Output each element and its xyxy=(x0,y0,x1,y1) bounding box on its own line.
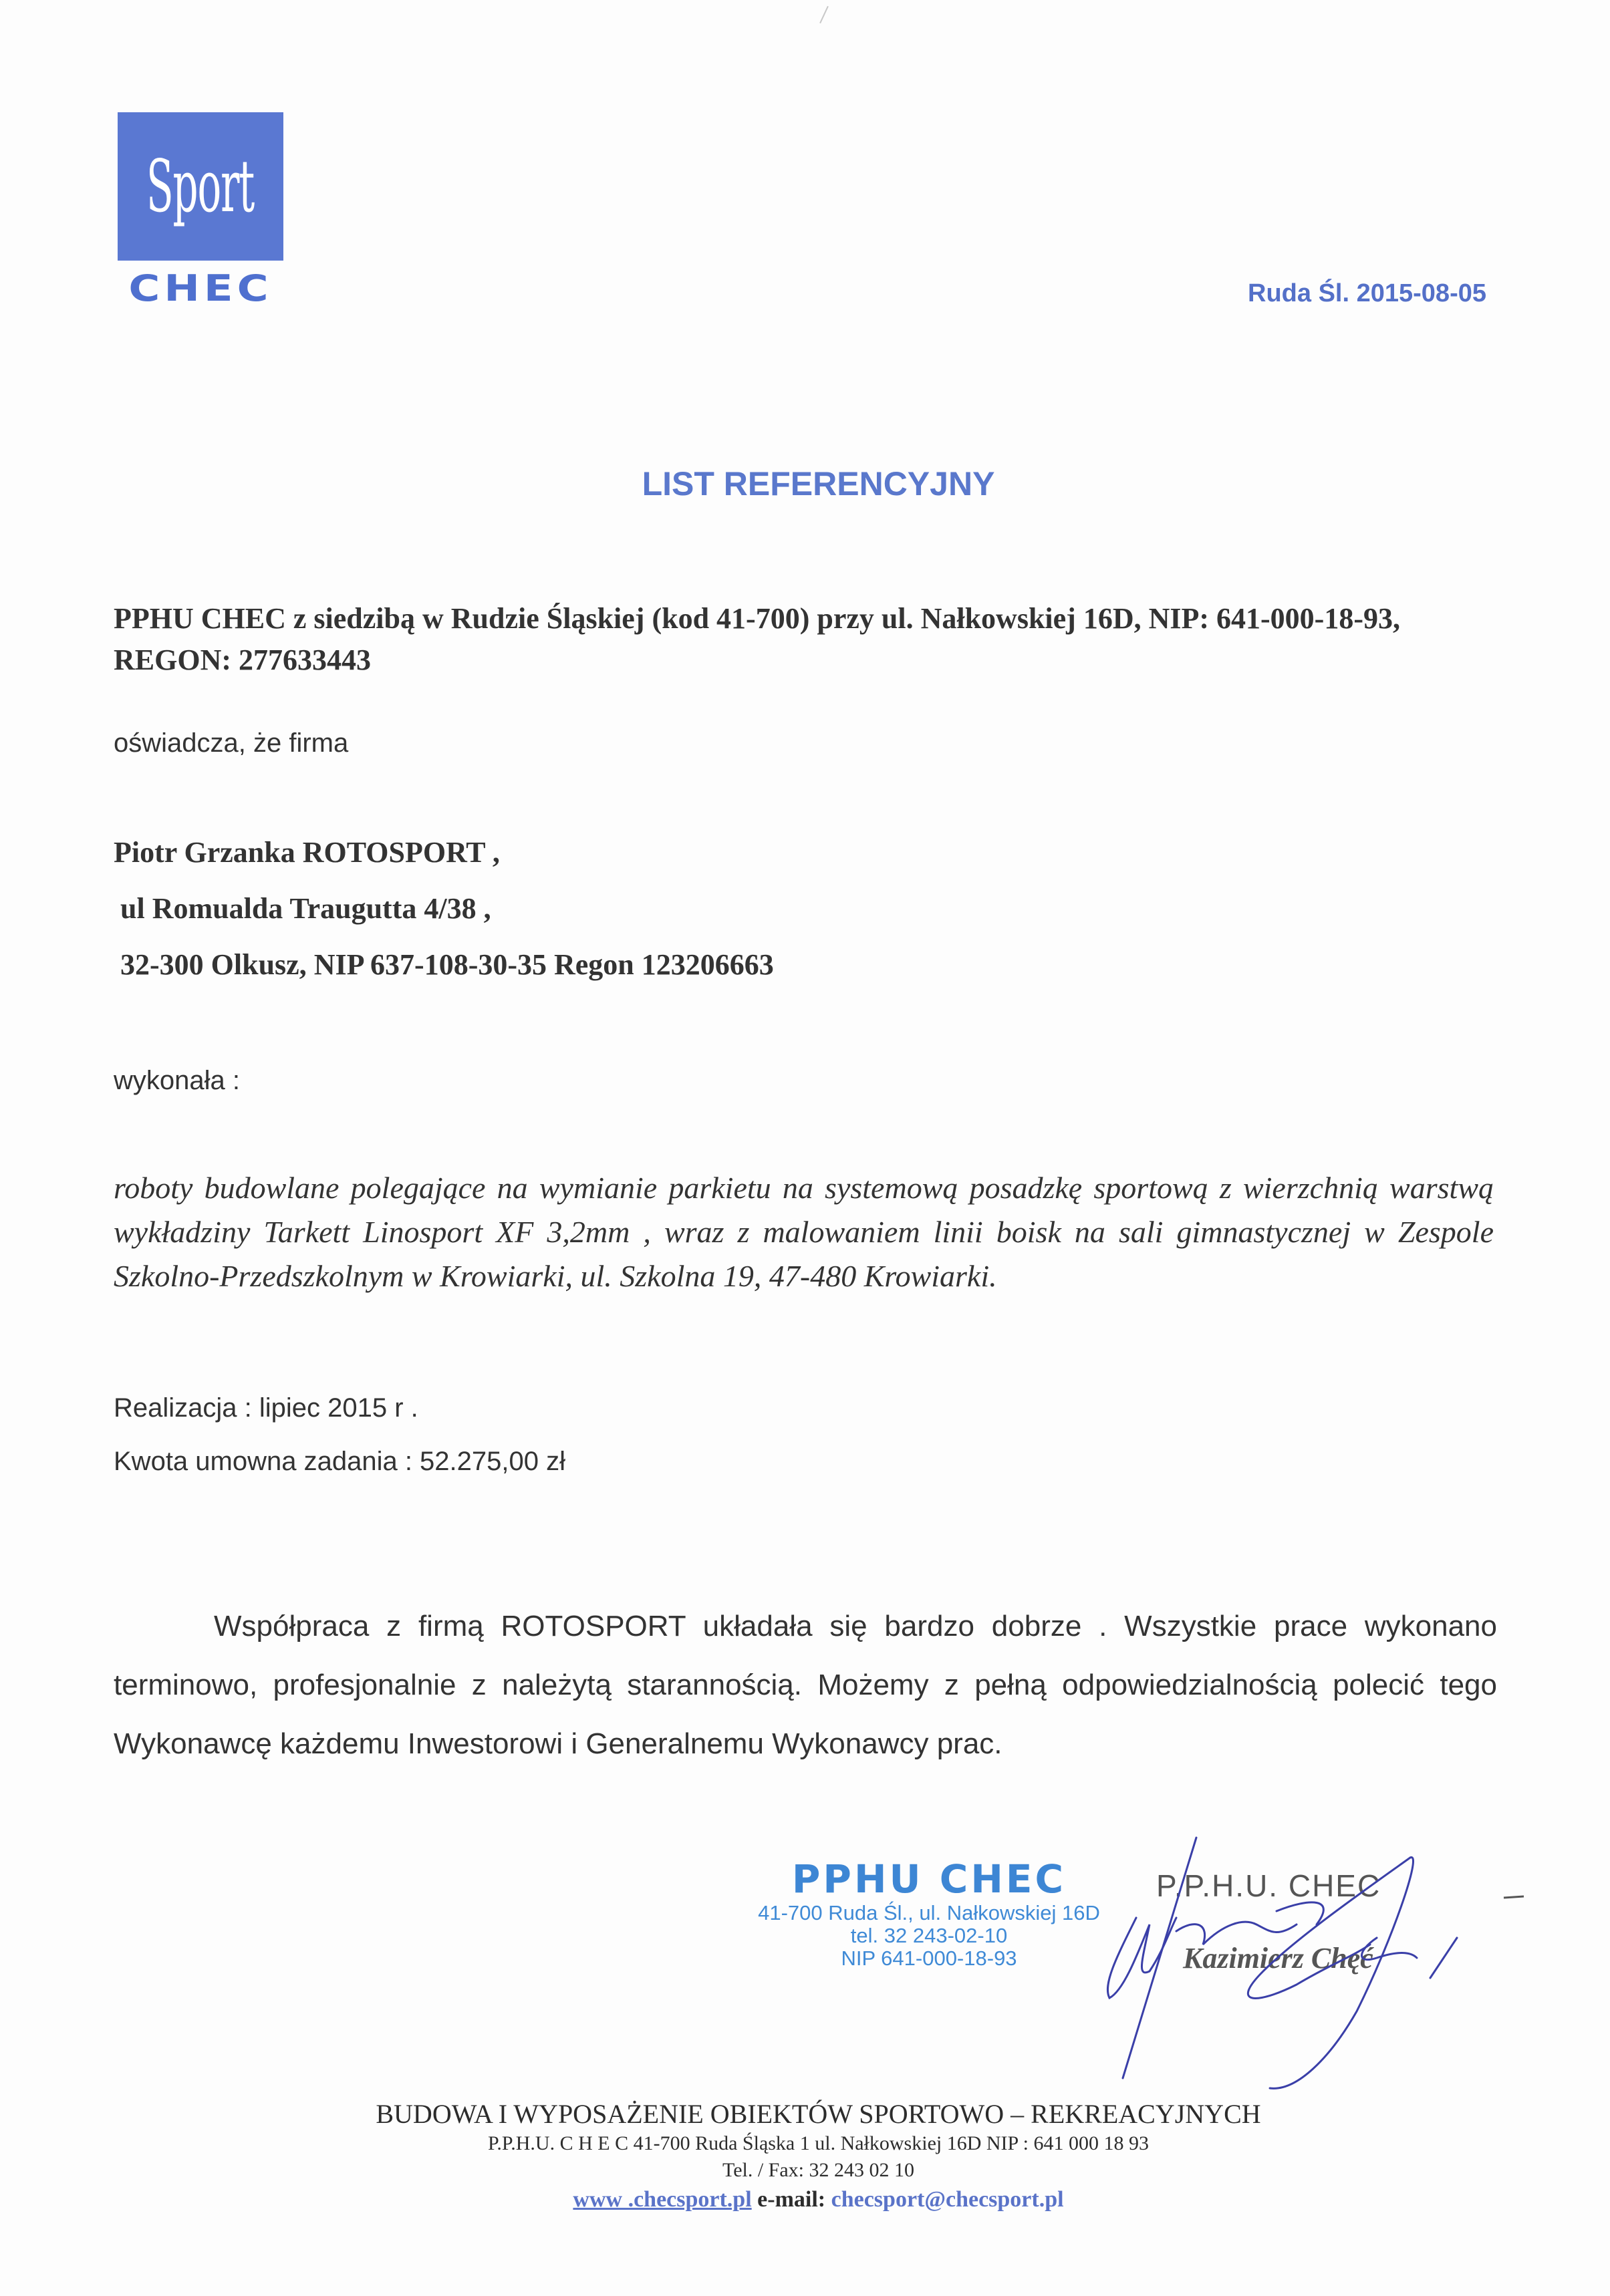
closing-paragraph: Współpraca z firmą ROTOSPORT układała si… xyxy=(114,1597,1497,1773)
realization-line: Realizacja : lipiec 2015 r . xyxy=(114,1393,418,1423)
handwritten-signature-icon xyxy=(1096,1824,1564,2105)
closing-text: Współpraca z firmą ROTOSPORT układała si… xyxy=(114,1610,1497,1760)
letter-date: Ruda Śl. 2015-08-05 xyxy=(1248,279,1486,308)
company-stamp: PPHU CHEC 41-700 Ruda Śl., ul. Nałkowski… xyxy=(742,1856,1116,1970)
document-title: LIST REFERENCYJNY xyxy=(0,464,1610,503)
letterhead-footer: BUDOWA I WYPOSAŻENIE OBIEKTÓW SPORTOWO –… xyxy=(0,2098,1610,2216)
email-link[interactable]: checsport@checsport.pl xyxy=(831,2187,1064,2212)
footer-links: www .checsport.pl e-mail: checsport@chec… xyxy=(27,2184,1610,2216)
footer-tagline: BUDOWA I WYPOSAŻENIE OBIEKTÓW SPORTOWO –… xyxy=(27,2098,1610,2130)
footer-address: P.P.H.U. C H E C 41-700 Ruda Śląska 1 ul… xyxy=(27,2130,1610,2157)
work-description: roboty budowlane polegające na wymianie … xyxy=(114,1166,1494,1298)
stamp-address: 41-700 Ruda Śl., ul. Nałkowskiej 16D xyxy=(742,1902,1116,1924)
contract-amount-line: Kwota umowna zadania : 52.275,00 zł xyxy=(114,1447,565,1477)
scan-artifact xyxy=(819,6,829,23)
issuer-intro: PPHU CHEC z siedzibą w Rudzie Śląskiej (… xyxy=(114,598,1497,681)
stamp-nip: NIP 641-000-18-93 xyxy=(742,1947,1116,1970)
footer-phone: Tel. / Fax: 32 243 02 10 xyxy=(27,2157,1610,2184)
email-label: e-mail: xyxy=(757,2187,825,2212)
contractor-block: Piotr Grzanka ROTOSPORT , ul Romualda Tr… xyxy=(114,835,774,1004)
stamp-phone: tel. 32 243-02-10 xyxy=(742,1924,1116,1947)
company-logo: Sport xyxy=(118,112,283,261)
stamp-name: PPHU CHEC xyxy=(742,1856,1116,1902)
contractor-street: ul Romualda Traugutta 4/38 , xyxy=(114,891,774,948)
declares-line: oświadcza, że firma xyxy=(114,728,348,758)
contractor-city-ids: 32-300 Olkusz, NIP 637-108-30-35 Regon 1… xyxy=(114,948,774,1004)
logo-chec-text: CHEC xyxy=(114,268,287,310)
performed-label: wykonała : xyxy=(114,1066,240,1096)
contractor-name: Piotr Grzanka ROTOSPORT , xyxy=(114,835,774,891)
logo-sport-text: Sport xyxy=(146,145,254,229)
website-link[interactable]: www .checsport.pl xyxy=(573,2187,751,2212)
